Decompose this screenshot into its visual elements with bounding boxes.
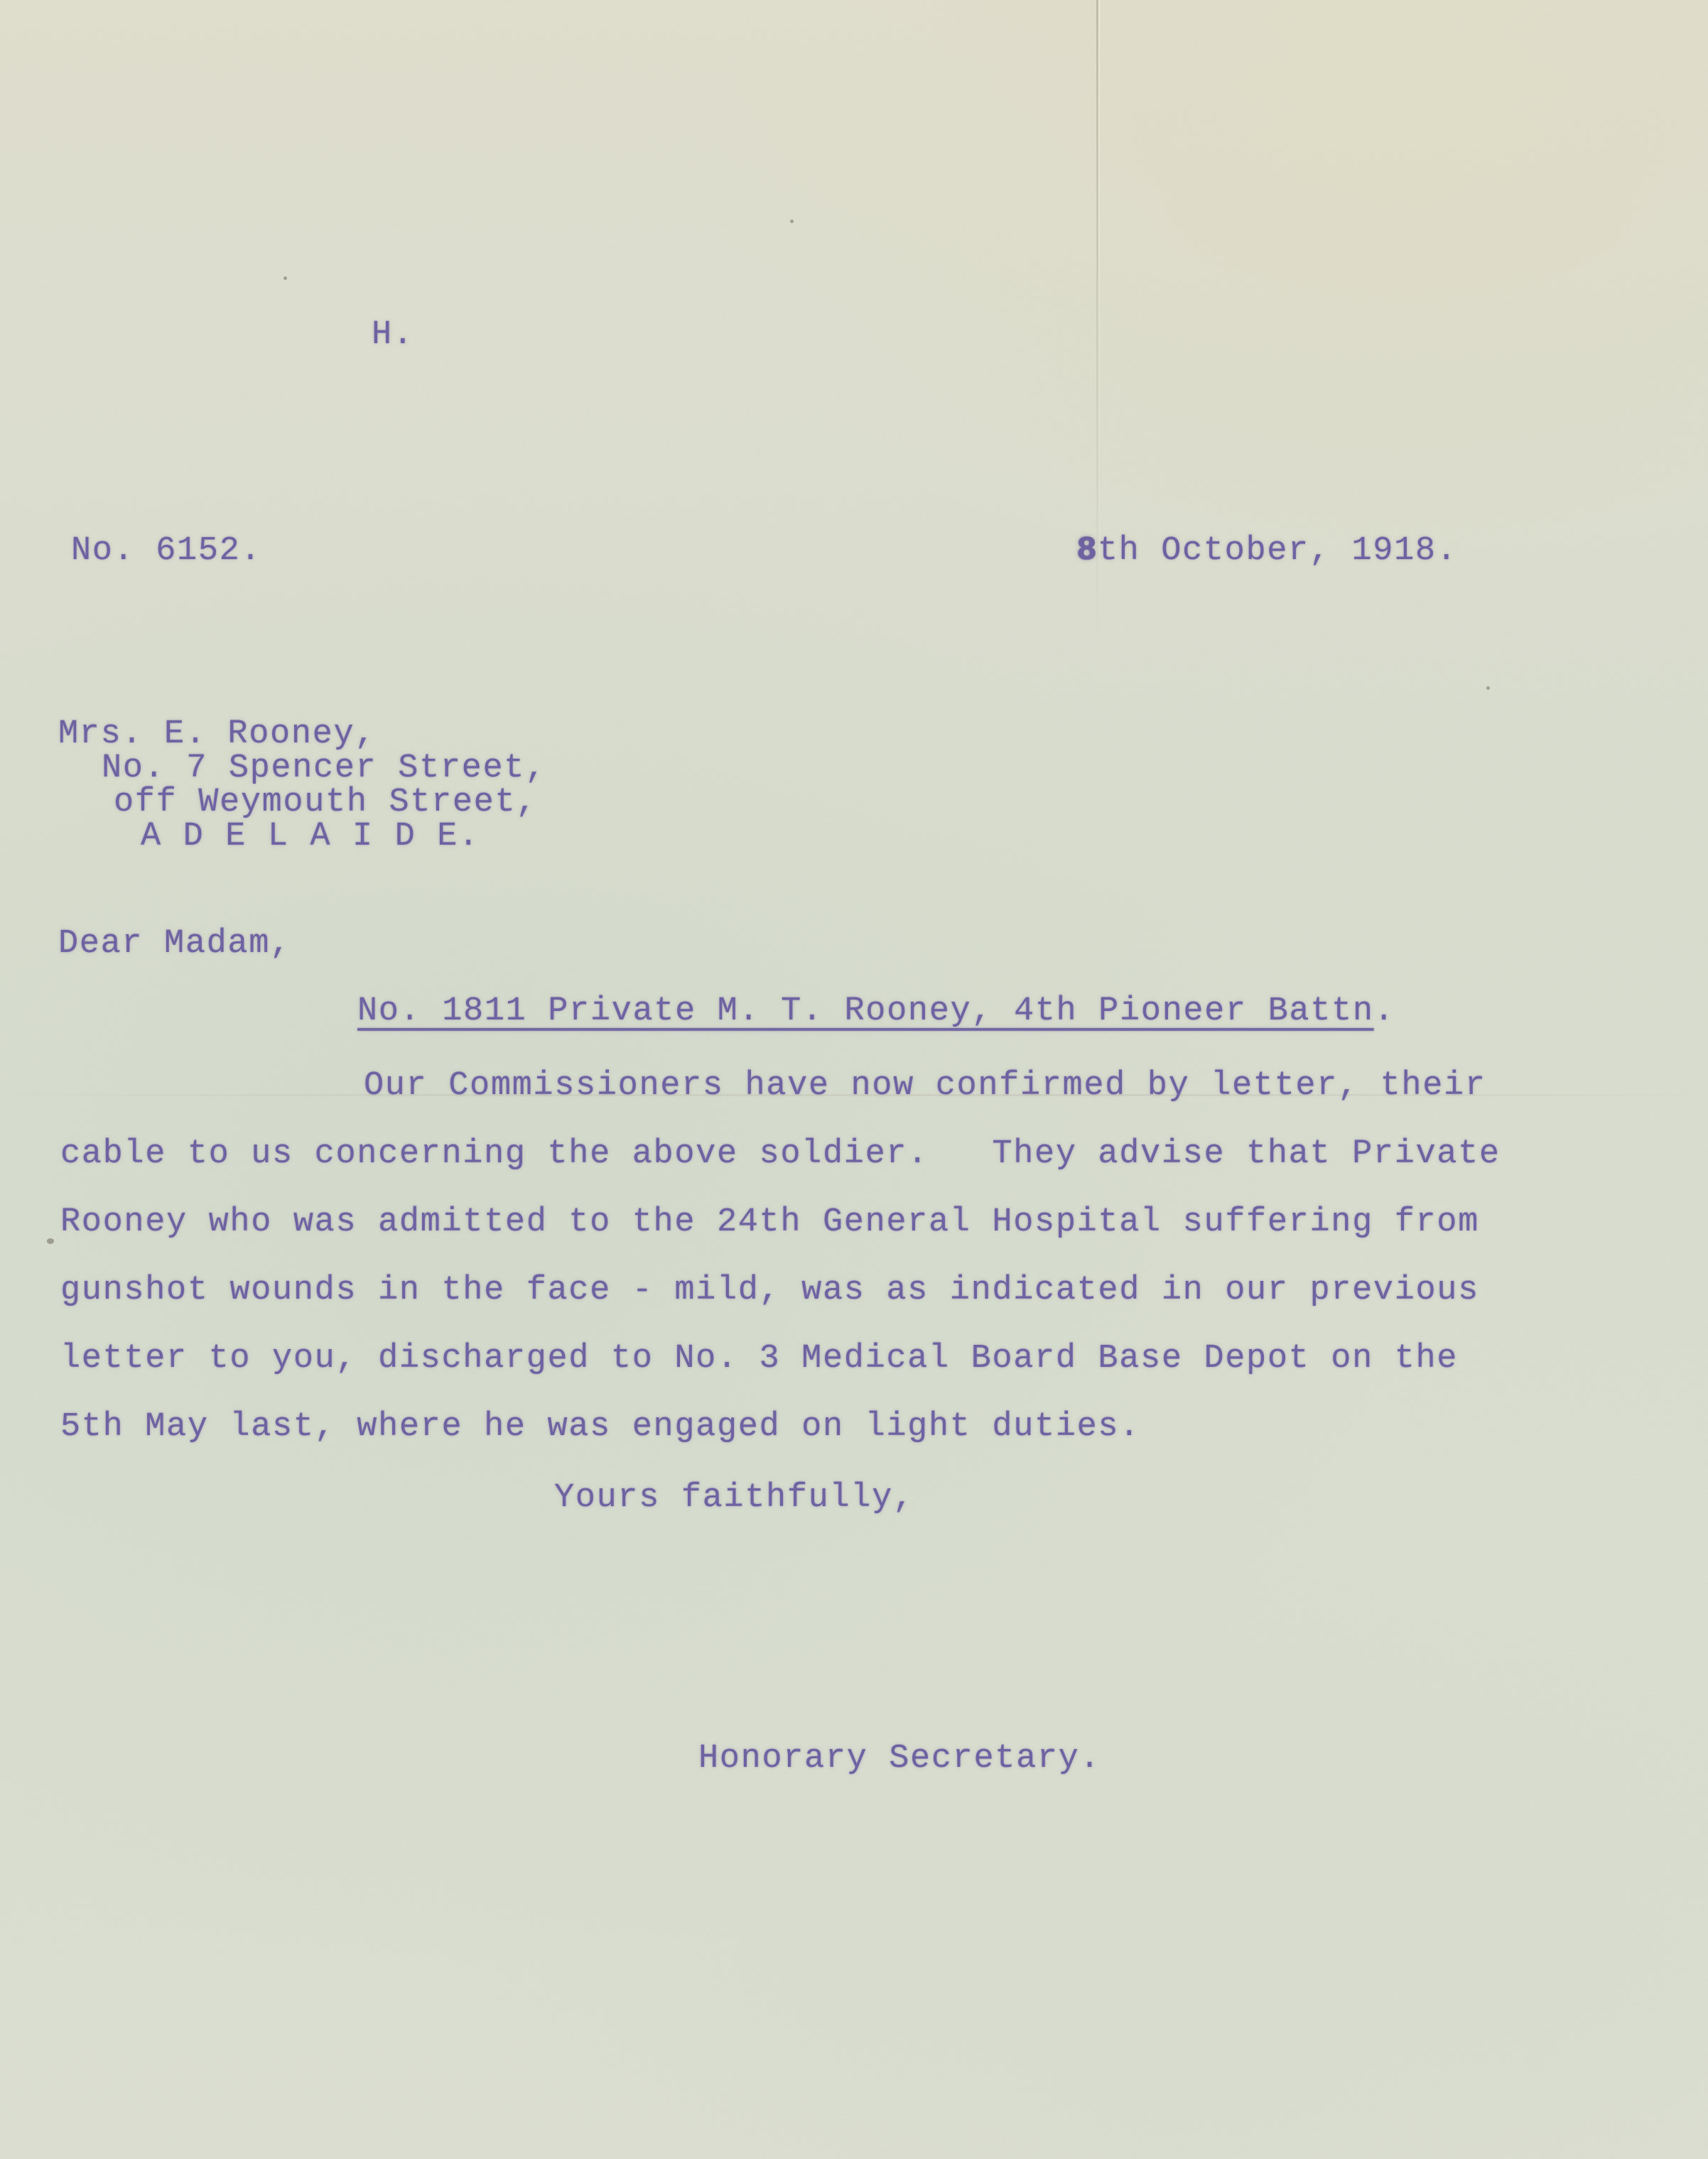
signature-title: Honorary Secretary. [698, 1742, 1101, 1775]
closing: Yours faithfully, [554, 1481, 914, 1515]
paper-speck [790, 220, 794, 223]
body-line: gunshot wounds in the face - mild, was a… [60, 1274, 1479, 1307]
recipient-name: Mrs. E. Rooney, [58, 718, 376, 751]
date-text: th October, 1918. [1098, 532, 1458, 570]
salutation: Dear Madam, [58, 927, 291, 961]
body-line: 5th May last, where he was engaged on li… [60, 1410, 1140, 1444]
subject-line: No. 1811 Private M. T. Rooney, 4th Pione… [357, 995, 1395, 1028]
paper-speck [1486, 686, 1490, 690]
reference-number: No. 6152. [71, 534, 261, 568]
recipient-street-2: off Weymouth Street, [114, 786, 537, 819]
scanned-letter-page: { "letter": { "paper_color": "#dcdfd1", … [0, 0, 1708, 2159]
vertical-fold-highlight [1098, 0, 1100, 611]
header-mark: H. [372, 318, 414, 352]
body-line: cable to us concerning the above soldier… [60, 1137, 1501, 1171]
body-line: Our Commissioners have now confirmed by … [364, 1069, 1486, 1103]
body-line: letter to you, discharged to No. 3 Medic… [60, 1342, 1458, 1375]
recipient-city: A D E L A I D E. [141, 820, 480, 853]
date-overstruck-character: 8 [1076, 532, 1098, 570]
subject-text: No. 1811 Private M. T. Rooney, 4th Pione… [357, 992, 1374, 1030]
subject-period: . [1374, 992, 1395, 1030]
body-line: Rooney who was admitted to the 24th Gene… [60, 1206, 1479, 1239]
paper-speck [283, 276, 287, 280]
paper-speck [47, 1238, 54, 1244]
date-line: 8th October, 1918. [1076, 534, 1458, 568]
recipient-street: No. 7 Spencer Street, [102, 752, 546, 785]
